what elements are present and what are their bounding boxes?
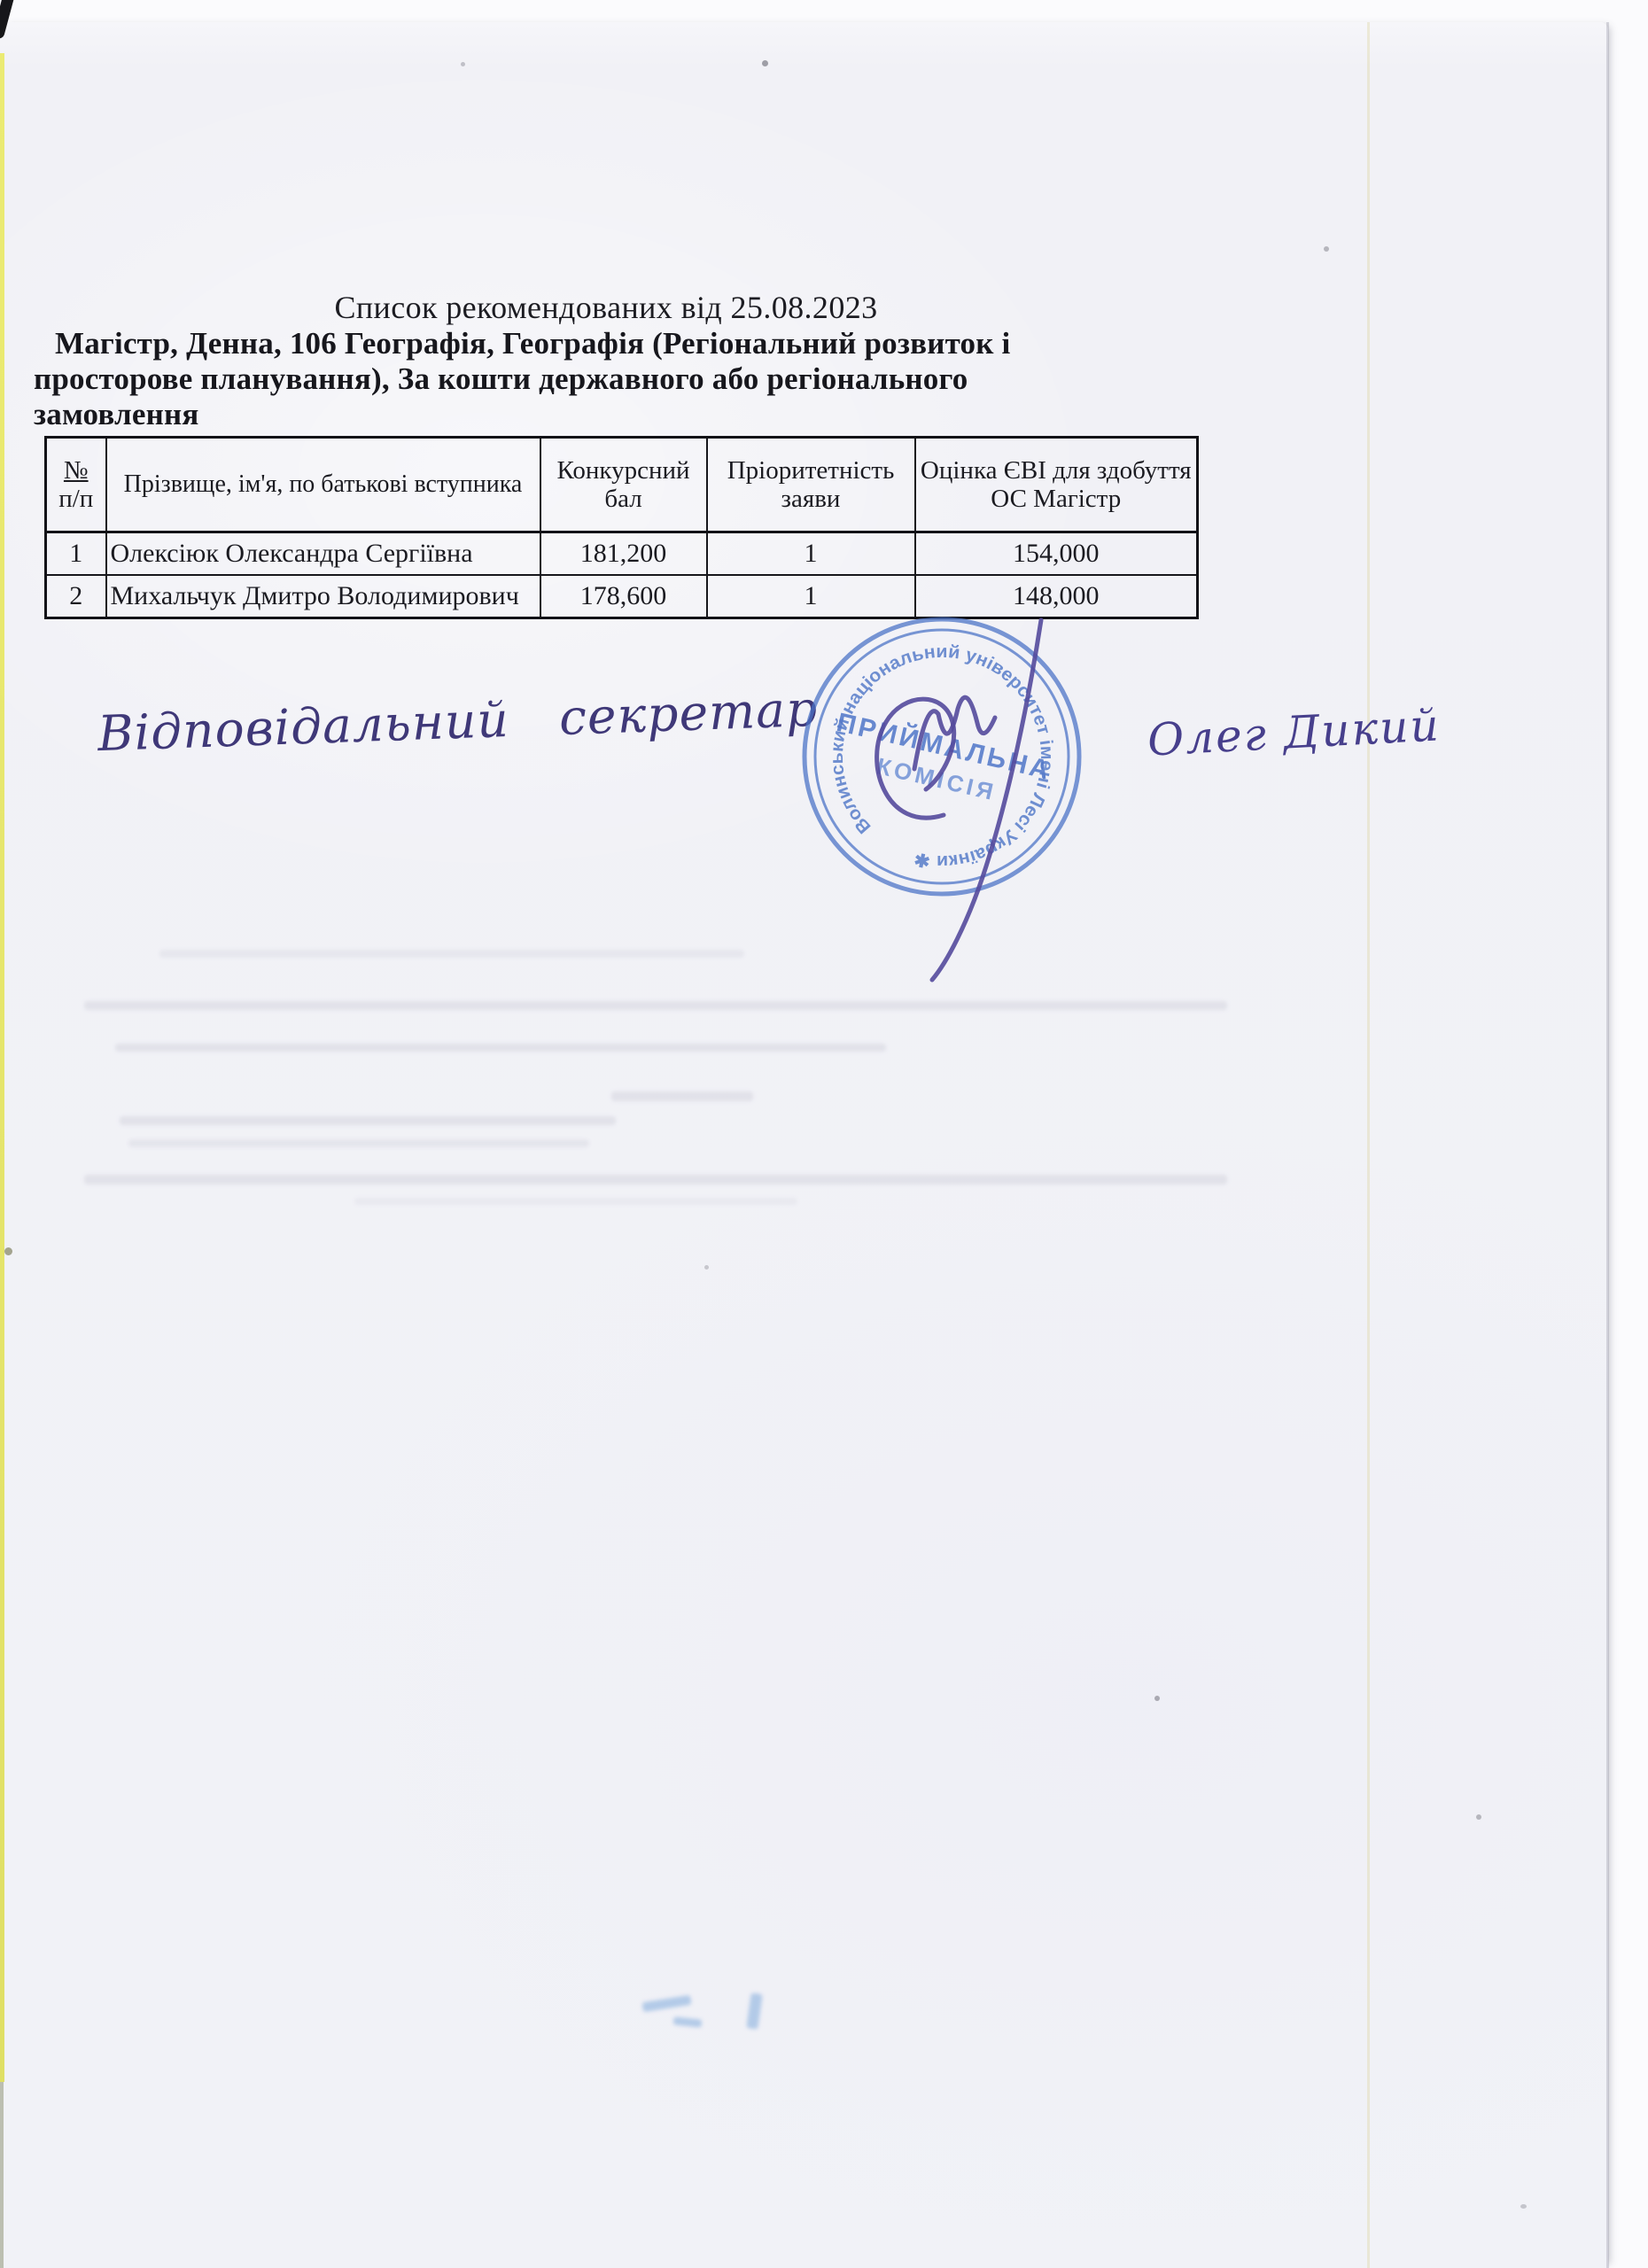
- bleed-through-line: [120, 1116, 616, 1125]
- header-num: № п/п: [46, 438, 106, 532]
- dust-speck: [704, 1265, 709, 1270]
- signature-tail: [932, 620, 1041, 980]
- cell-score: 181,200: [540, 532, 707, 576]
- document-subtitle: Магістр, Денна, 106 Географія, Географія…: [34, 326, 1194, 432]
- bleed-through-line: [354, 1198, 797, 1205]
- header-priority: Пріоритетність заяви: [707, 438, 915, 532]
- dust-speck: [1476, 1814, 1481, 1820]
- cell-score: 178,600: [540, 575, 707, 618]
- scanned-page: { "document": { "title": "Список рекомен…: [0, 0, 1648, 2268]
- left-edge-green-strip: [0, 2082, 4, 2268]
- ink-signature-flourish: [762, 567, 1152, 1010]
- cell-num: 2: [46, 575, 106, 618]
- subtitle-line-3: замовлення: [34, 397, 1194, 432]
- bleed-through-line: [611, 1091, 753, 1101]
- subtitle-line-2: просторове планування), За кошти державн…: [34, 361, 1194, 397]
- cell-name: Михальчук Дмитро Володимирович: [106, 575, 540, 618]
- sheet-edge-shadow: [1606, 22, 1609, 2268]
- header-num-top: №: [64, 456, 89, 485]
- header-evi: Оцінка ЄВІ для здобуття ОС Магістр: [915, 438, 1198, 532]
- dust-speck: [1154, 1696, 1160, 1701]
- table-header-row: № п/п Прізвище, ім'я, по батькові вступн…: [46, 438, 1198, 532]
- dust-speck: [4, 1247, 12, 1255]
- dust-speck: [1324, 246, 1329, 252]
- cell-num: 1: [46, 532, 106, 576]
- cell-name: Олексіюк Олександра Сергіївна: [106, 532, 540, 576]
- bleed-through-line: [84, 1001, 1227, 1010]
- dust-speck: [461, 62, 465, 66]
- header-num-bottom: п/п: [58, 485, 93, 513]
- paper-fold-line: [1367, 22, 1370, 2268]
- left-edge-yellow-strip: [0, 53, 4, 2082]
- bleed-through-line: [128, 1139, 589, 1147]
- bleed-through-line: [84, 1175, 1227, 1184]
- dust-speck: [1520, 2204, 1527, 2209]
- document-title: Список рекомендованих від 25.08.2023: [34, 289, 1178, 326]
- header-score: Конкурсний бал: [540, 438, 707, 532]
- header-name: Прізвище, ім'я, по батькові вступника: [106, 438, 540, 532]
- subtitle-line-1: Магістр, Денна, 106 Географія, Географія…: [34, 326, 1194, 361]
- bleed-through-line: [115, 1044, 886, 1052]
- bleed-through-line: [159, 950, 744, 958]
- dust-speck: [762, 60, 768, 66]
